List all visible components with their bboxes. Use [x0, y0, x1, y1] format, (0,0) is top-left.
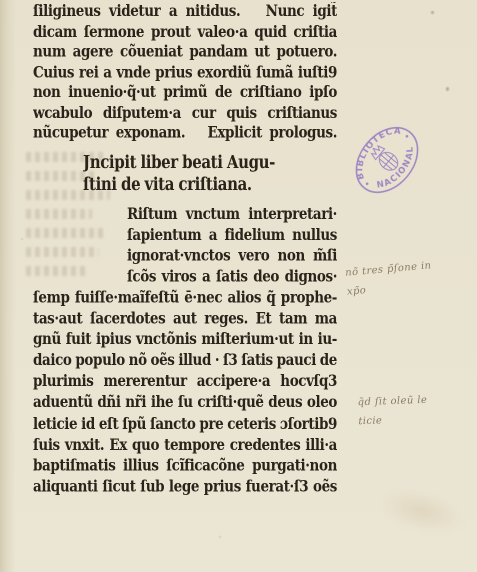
text-line: dicam ſermone prout valeo·a quid criſtia	[33, 22, 337, 42]
text-line: num agere cõueniat pandam ut potuero.	[33, 43, 337, 63]
text-line-indented: ſcõs viros a ſatis deo dignos·	[127, 266, 337, 287]
marginal-note-line: q̃d ſit oleũ le	[357, 391, 427, 412]
paper-speck	[446, 87, 449, 91]
stamp-bottom-text: NACIONAL	[372, 141, 425, 199]
paper-speck	[21, 238, 23, 240]
prologue-paragraph: ſiligineus videtur a nitidus. Nunc igit̃…	[33, 2, 337, 144]
text-line: aliquanti ſicut ſub lege prius fuerat·ſ3…	[33, 476, 337, 497]
text-line: tas·aut ſacerdotes aut reges. Et tam ma	[33, 308, 337, 329]
text-line: non inuenio·q̃·ut primũ de criſtiano ipſ…	[33, 83, 337, 103]
text-line: daico populo nõ oẽs illud · ſ3 ſatis pau…	[33, 350, 337, 371]
text-line: leticie id eſt ſpũ ſancto pre ceteris ɔſ…	[33, 413, 337, 434]
chapter-text: Riſtum vnctum interpretari· ſapientum a …	[33, 203, 337, 497]
text-line-indented: ignorat·vnctos vero non m̃ſi	[127, 245, 337, 266]
marginal-note-2: q̃d ſit oleũ le ticie	[357, 391, 428, 431]
text-line: gnũ fuit ipius vnctõnis miſterium·ut in …	[33, 329, 337, 350]
incunable-page-scan: ſiligineus videtur a nitidus. Nunc igit̃…	[0, 0, 477, 572]
text-line: nũcupetur exponam. Explicit prologus.	[33, 124, 337, 144]
marginal-note-line: ticie	[358, 410, 428, 431]
heading-line: Jncipit liber beati Augu-	[83, 151, 337, 174]
text-line: plurimis mererentur accipere·a hocvſq3 a…	[33, 371, 337, 392]
text-line-indented: ſapientum a fidelium nullus	[127, 224, 337, 245]
main-text-block: ſiligineus videtur a nitidus. Nunc igit̃…	[33, 2, 337, 497]
text-line: aduentũ dñi nr̃i ihe ſu criſti·quẽ deus …	[33, 392, 337, 413]
incipit-heading: Jncipit liber beati Augu- ſtini de vita …	[83, 151, 337, 197]
stamp-dot-left	[365, 182, 369, 186]
text-line: ſiligineus videtur a nitidus. Nunc igit̃	[33, 2, 337, 22]
paper-speck	[219, 536, 221, 538]
marginal-note-1: nõ tres p̃ſone in xp̃o	[345, 256, 434, 301]
page-gutter-shadow	[0, 0, 16, 572]
text-line-indented: Riſtum vnctum interpretari·	[127, 203, 337, 224]
paper-speck	[305, 129, 307, 131]
stamp-dot-right	[405, 134, 409, 138]
text-line: ſuis vnxit. Ex quo tempore credentes ill…	[33, 434, 337, 455]
text-line: ſemp fuiſſe·maĩfeſtũ ē·nec alios q̃ prop…	[33, 287, 337, 308]
library-stamp: BIBLIOTECA NACIONAL	[341, 113, 433, 207]
heading-line: ſtini de vita criſtiana.	[83, 174, 337, 197]
paper-speck	[431, 11, 434, 14]
text-line: Cuius rei a vnde prius exordiũ ſumã iuſt…	[33, 63, 337, 83]
paper-stain	[372, 479, 471, 542]
text-line: baptiſmatis illius ſcĩficacõne purgati·n…	[33, 455, 337, 476]
text-line: wcabulo diſputem·a cur quis criſtianus	[33, 104, 337, 124]
